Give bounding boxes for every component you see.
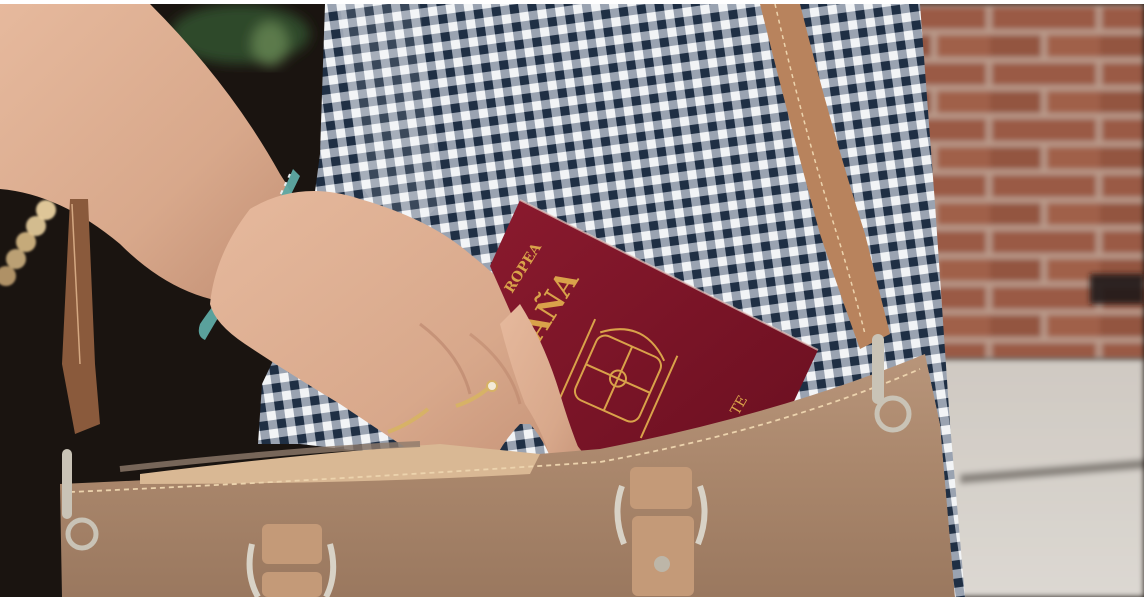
brick-wall bbox=[915, 4, 1144, 359]
photo-scene: ROPEA AÑA TE bbox=[0, 0, 1148, 597]
photo-illustration: ROPEA AÑA TE bbox=[0, 4, 1144, 597]
photograph: ROPEA AÑA TE bbox=[0, 4, 1144, 597]
